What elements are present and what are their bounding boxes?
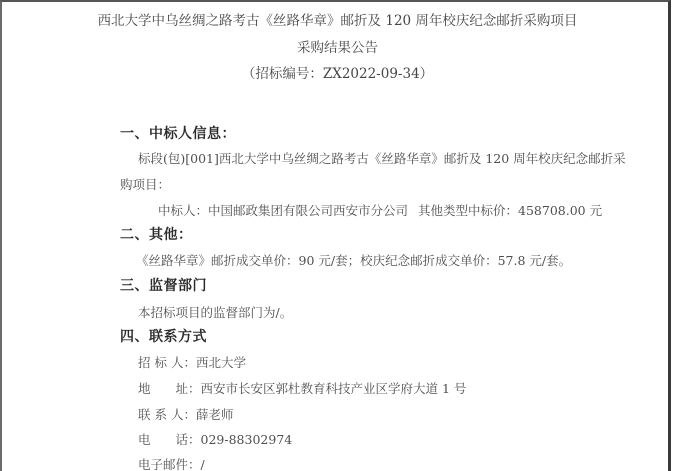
winner-label: 中标人： (158, 203, 208, 218)
document-subtitle: 采购结果公告 (2, 40, 673, 56)
price-value: 458708.00 元 (518, 203, 602, 218)
supervision-content: 本招标项目的监督部门为/。 (138, 305, 292, 321)
contact-value: 029-88302974 (201, 432, 293, 447)
winner-value: 中国邮政集团有限公司西安市分公司 (208, 203, 408, 218)
contact-label: 地 址： (138, 381, 201, 397)
contact-row-tenderer: 招 标 人：西北大学 (138, 355, 246, 371)
contact-row-email: 电子邮件：/ (138, 457, 205, 471)
section-heading-other: 二、其他： (120, 227, 193, 243)
winner-row: 中标人：中国邮政集团有限公司西安市分公司 (158, 203, 408, 219)
section-heading-supervision: 三、监督部门 (120, 278, 207, 294)
contact-label: 招 标 人： (138, 355, 196, 371)
lot-description-line2: 购项目： (120, 177, 170, 193)
section-heading-contact: 四、联系方式 (120, 329, 207, 345)
price-label: 其他类型中标价： (418, 203, 518, 218)
contact-value: 薛老师 (196, 407, 234, 422)
other-content: 《丝路华章》邮折成交单价：90 元/套；校庆纪念邮折成交单价：57.8 元/套。 (136, 253, 571, 269)
tender-number: （招标编号：ZX2022-09-34） (2, 66, 673, 82)
document-page: 西北大学中乌丝绸之路考古《丝路华章》邮折及 120 周年校庆纪念邮折采购项目 采… (0, 0, 671, 471)
contact-value: 西北大学 (196, 355, 246, 370)
document-title: 西北大学中乌丝绸之路考古《丝路华章》邮折及 120 周年校庆纪念邮折采购项目 (2, 13, 673, 29)
contact-label: 联 系 人： (138, 407, 196, 423)
contact-row-address: 地 址：西安市长安区郭杜教育科技产业区学府大道 1 号 (138, 381, 466, 397)
price-row: 其他类型中标价：458708.00 元 (418, 203, 602, 219)
section-heading-winner-info: 一、中标人信息： (120, 126, 236, 142)
lot-description-line1: 标段(包)[001]西北大学中乌丝绸之路考古《丝路华章》邮折及 120 周年校庆… (138, 151, 626, 167)
contact-value: 西安市长安区郭杜教育科技产业区学府大道 1 号 (201, 381, 467, 396)
contact-row-phone: 电 话：029-88302974 (138, 432, 292, 448)
contact-row-person: 联 系 人：薛老师 (138, 407, 233, 423)
contact-value: / (201, 457, 205, 471)
contact-label: 电子邮件： (138, 457, 201, 471)
contact-label: 电 话： (138, 432, 201, 448)
